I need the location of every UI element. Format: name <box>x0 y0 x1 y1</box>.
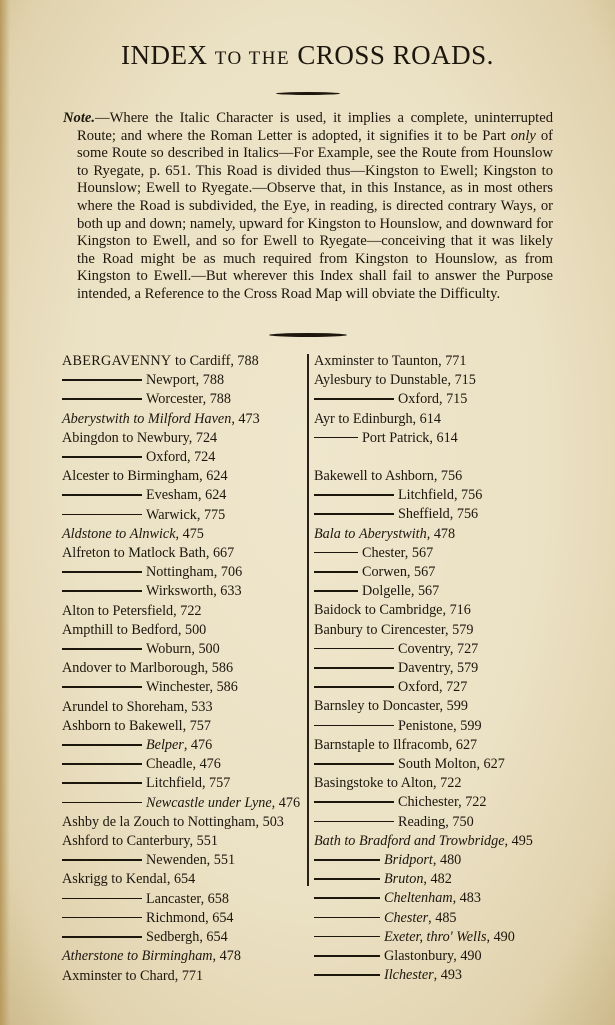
ditto-dash <box>314 859 380 861</box>
index-entry: Sedbergh, 654 <box>62 928 307 947</box>
entry-page-number: 715 <box>455 372 476 388</box>
index-entry: Arundel to Shoreham, 533 <box>62 698 307 717</box>
entry-destination: Ilchester <box>384 967 434 983</box>
title-to-the: TO THE <box>215 48 290 69</box>
entry-destination: Cardiff <box>190 353 231 369</box>
entry-destination: Glastonbury <box>384 948 453 964</box>
index-entry: Port Patrick, 614 <box>314 429 564 448</box>
entry-page-number: 500 <box>198 641 219 657</box>
entry-page-number: 614 <box>420 411 441 427</box>
index-entry: Nottingham, 706 <box>62 563 307 582</box>
ditto-dash <box>314 936 380 938</box>
entry-page-number: 722 <box>180 603 201 619</box>
note-paragraph: Note.—Where the Italic Character is used… <box>63 110 553 304</box>
index-entry: Ayr to Edinburgh, 614 <box>314 410 564 429</box>
ditto-dash <box>62 782 142 784</box>
entry-page-number: 483 <box>460 890 481 906</box>
entry-page-number: 788 <box>210 391 231 407</box>
entry-connector: to <box>368 698 379 714</box>
index-entry: Oxford, 727 <box>314 678 564 697</box>
entry-connector: to <box>117 622 128 638</box>
entry-destination: Chichester <box>398 794 458 810</box>
page-edge-shadow <box>0 0 10 1025</box>
entry-page-number: 586 <box>212 660 233 676</box>
index-entry: Ilchester, 493 <box>314 966 564 985</box>
index-entry: Askrigg to Kendal, 654 <box>62 870 307 889</box>
entry-page-number: 727 <box>457 641 478 657</box>
entry-connector: to <box>173 814 184 830</box>
index-entry: Chester, 485 <box>314 909 564 928</box>
entry-page-number: 658 <box>208 891 229 907</box>
entry-page-number: 503 <box>263 814 284 830</box>
entry-page-number: 624 <box>206 468 227 484</box>
entry-connector: to <box>98 603 109 619</box>
entry-from: Ashby de la Zouch <box>62 814 170 830</box>
entry-page-number: 756 <box>441 468 462 484</box>
note-text-part1: —Where the Italic Character is used, it … <box>77 110 553 144</box>
entry-page-number: 750 <box>452 814 473 830</box>
entry-page-number: 482 <box>431 871 452 887</box>
entry-from: Baidock <box>314 602 361 618</box>
index-entry: Newport, 788 <box>62 371 307 390</box>
entry-from: Ashford <box>62 833 109 849</box>
ditto-dash <box>314 878 380 880</box>
entry-connector: to <box>378 737 389 753</box>
index-column-left: ABERGAVENNY to Cardiff, 788Newport, 788W… <box>62 352 307 986</box>
entry-destination: Exeter, thro' Wells <box>384 929 486 945</box>
ditto-dash <box>314 974 380 976</box>
entry-connector: to <box>127 948 138 964</box>
entry-page-number: 567 <box>412 545 433 561</box>
entry-connector: to <box>125 968 136 984</box>
entry-destination: Kendal <box>126 871 167 887</box>
section-ornament-rule <box>269 333 347 337</box>
entry-destination: Lancaster <box>146 891 201 907</box>
entry-from: ABERGAVENNY <box>62 353 171 369</box>
entry-page-number: 478 <box>220 948 241 964</box>
index-entry: Bruton, 482 <box>314 870 564 889</box>
ditto-dash <box>62 398 142 400</box>
index-entry: Oxford, 715 <box>314 390 564 409</box>
entry-page-number: 724 <box>194 449 215 465</box>
index-entry: Cheltenham, 483 <box>314 889 564 908</box>
entry-destination: Newbury <box>137 430 189 446</box>
entry-destination: Port Patrick <box>362 430 429 446</box>
entry-destination: Litchfield <box>398 487 454 503</box>
ditto-dash <box>62 917 142 919</box>
index-entry: Coventry, 727 <box>314 640 564 659</box>
entry-from: Axminster <box>62 968 122 984</box>
index-entry: Oxford, 724 <box>62 448 307 467</box>
entry-connector: to <box>387 775 398 791</box>
entry-destination: Bridport <box>384 852 433 868</box>
entry-page-number: 788 <box>203 372 224 388</box>
entry-destination: Corwen <box>362 564 407 580</box>
entry-destination: Evesham <box>146 487 198 503</box>
entry-destination: Dunstable <box>390 372 448 388</box>
entry-destination: Milford Haven <box>148 411 231 427</box>
entry-from: Atherstone <box>62 948 123 964</box>
entry-page-number: 633 <box>220 583 241 599</box>
entry-destination: Richmond <box>146 910 205 926</box>
ditto-dash <box>314 571 358 573</box>
entry-page-number: 727 <box>446 679 467 695</box>
entry-destination: Birmingham <box>127 468 199 484</box>
entry-page-number: 756 <box>461 487 482 503</box>
entry-connector: to <box>175 353 186 369</box>
entry-page-number: 567 <box>418 583 439 599</box>
entry-from: Alton <box>62 603 94 619</box>
entry-destination: Canterbury <box>127 833 190 849</box>
index-entry: Wirksworth, 633 <box>62 582 307 601</box>
index-entry: Bala to Aberystwith, 478 <box>314 525 564 544</box>
index-entry: Daventry, 579 <box>314 659 564 678</box>
entry-page-number: 771 <box>182 968 203 984</box>
entry-page-number: 757 <box>190 718 211 734</box>
entry-destination: Nottingham <box>146 564 214 580</box>
index-entry: Chester, 567 <box>314 544 564 563</box>
index-entry: Lancaster, 658 <box>62 890 307 909</box>
entry-destination: Taunton <box>392 353 438 369</box>
index-entry: Chichester, 722 <box>314 793 564 812</box>
entry-from: Alcester <box>62 468 109 484</box>
index-entry: Reading, 750 <box>314 813 564 832</box>
ditto-dash <box>314 648 394 650</box>
entry-page-number: 551 <box>214 852 235 868</box>
entry-connector: to <box>344 526 355 542</box>
ditto-dash <box>62 859 142 861</box>
entry-destination: Sedbergh <box>146 929 199 945</box>
entry-destination: Matlock Bath <box>128 545 206 561</box>
index-entry: Basingstoke to Alton, 722 <box>314 774 564 793</box>
entry-connector: to <box>114 545 125 561</box>
index-entry: Dolgelle, 567 <box>314 582 564 601</box>
ditto-dash <box>314 763 394 765</box>
entry-page-number: 567 <box>414 564 435 580</box>
entry-from: Bakewell <box>314 468 368 484</box>
entry-destination: Newport <box>146 372 196 388</box>
entry-page-number: 490 <box>494 929 515 945</box>
index-entry: Axminster to Chard, 771 <box>62 967 307 986</box>
entry-page-number: 654 <box>174 871 195 887</box>
index-entry: Axminster to Taunton, 771 <box>314 352 564 371</box>
entry-destination: Nottingham <box>188 814 256 830</box>
index-entry: Cheadle, 476 <box>62 755 307 774</box>
ditto-dash <box>62 936 142 938</box>
index-entry: Ampthill to Bedford, 500 <box>62 621 307 640</box>
entry-destination: Wirksworth <box>146 583 213 599</box>
entry-destination: Oxford <box>146 449 187 465</box>
entry-connector: to <box>344 833 355 849</box>
entry-destination: Worcester <box>146 391 203 407</box>
entry-destination: Warwick <box>146 507 197 523</box>
index-entry: Aylesbury to Dunstable, 715 <box>314 371 564 390</box>
entry-page-number: 478 <box>434 526 455 542</box>
index-entry: Barnsley to Doncaster, 599 <box>314 697 564 716</box>
ditto-dash <box>62 763 142 765</box>
entry-destination: Shoreham <box>127 699 185 715</box>
entry-destination: Marlborough <box>130 660 205 676</box>
index-entry: Aberystwith to Milford Haven, 473 <box>62 410 307 429</box>
index-entry: Abingdon to Newbury, 724 <box>62 429 307 448</box>
index-entry: Richmond, 654 <box>62 909 307 928</box>
entry-page-number: 715 <box>446 391 467 407</box>
entry-from: Banbury <box>314 622 363 638</box>
ditto-dash <box>62 379 142 381</box>
entry-page-number: 722 <box>465 794 486 810</box>
entry-connector: to <box>122 430 133 446</box>
entry-page-number: 771 <box>445 353 466 369</box>
index-entry: Banbury to Cirencester, 579 <box>314 621 564 640</box>
ditto-dash <box>314 917 380 919</box>
index-entry: Litchfield, 756 <box>314 486 564 505</box>
ditto-dash <box>62 571 142 573</box>
ditto-dash <box>314 398 394 400</box>
ditto-dash <box>62 744 142 746</box>
entry-page-number: 533 <box>191 699 212 715</box>
ditto-dash <box>62 898 142 900</box>
index-entry: Bath to Bradford and Trowbridge, 495 <box>314 832 564 851</box>
entry-page-number: 476 <box>279 795 300 811</box>
entry-destination: Newenden <box>146 852 207 868</box>
entry-destination: Coventry <box>398 641 450 657</box>
entry-page-number: 624 <box>205 487 226 503</box>
entry-from: Aberystwith <box>62 411 130 427</box>
index-entry: Ashford to Canterbury, 551 <box>62 832 307 851</box>
index-entry: Sheffield, 756 <box>314 505 564 524</box>
entry-page-number: 757 <box>209 775 230 791</box>
entry-connector: to <box>371 468 382 484</box>
entry-destination: Bradford and Trowbridge <box>359 833 505 849</box>
entry-from: Aldstone <box>62 526 112 542</box>
entry-destination: Daventry <box>398 660 450 676</box>
ditto-dash <box>62 494 142 496</box>
index-entry: Bridport, 480 <box>314 851 564 870</box>
entry-connector: to <box>365 602 376 618</box>
index-entry: Belper, 476 <box>62 736 307 755</box>
entry-page-number: 476 <box>191 737 212 753</box>
entry-from: Aylesbury <box>314 372 372 388</box>
ditto-dash <box>62 686 142 688</box>
entry-destination: Penistone <box>398 718 453 734</box>
note-text-only: only <box>511 128 536 144</box>
entry-connector: to <box>366 622 377 638</box>
index-entry: Barnstaple to Ilfracomb, 627 <box>314 736 564 755</box>
entry-destination: Chester <box>362 545 405 561</box>
entry-connector: to <box>112 699 123 715</box>
title-cross-roads: CROSS ROADS. <box>297 40 494 70</box>
index-entry: Newcastle under Lyne, 476 <box>62 794 307 813</box>
entry-destination: Newcastle under Lyne <box>146 795 272 811</box>
index-entry: Atherstone to Birmingham, 478 <box>62 947 307 966</box>
index-entry: Warwick, 775 <box>62 506 307 525</box>
entry-destination: Belper <box>146 737 184 753</box>
entry-connector: to <box>133 411 144 427</box>
entry-page-number: 480 <box>440 852 461 868</box>
entry-destination: Litchfield <box>146 775 202 791</box>
ditto-dash <box>314 667 394 669</box>
entry-from: Barnstaple <box>314 737 375 753</box>
entry-page-number: 579 <box>452 622 473 638</box>
entry-destination: Edinburgh <box>353 411 413 427</box>
index-entry: Winchester, 586 <box>62 678 307 697</box>
ditto-dash <box>314 437 358 439</box>
entry-destination: Sheffield <box>398 506 450 522</box>
entry-from: Andover <box>62 660 112 676</box>
ditto-dash <box>62 590 142 592</box>
ditto-dash <box>62 514 142 516</box>
entry-destination: Alton <box>401 775 433 791</box>
index-entry: Exeter, thro' Wells, 490 <box>314 928 564 947</box>
entry-from: Abingdon <box>62 430 119 446</box>
entry-connector: to <box>111 871 122 887</box>
index-entry: Litchfield, 757 <box>62 774 307 793</box>
entry-destination: Dolgelle <box>362 583 411 599</box>
index-entry: Andover to Marlborough, 586 <box>62 659 307 678</box>
index-entry: Aldstone to Alnwick, 475 <box>62 525 307 544</box>
entry-destination: Winchester <box>146 679 209 695</box>
ditto-dash <box>314 513 394 515</box>
entry-page-number: 495 <box>512 833 533 849</box>
entry-from: Basingstoke <box>314 775 383 791</box>
entry-connector: to <box>114 718 125 734</box>
entry-page-number: 599 <box>460 718 481 734</box>
entry-page-number: 654 <box>212 910 233 926</box>
entry-page-number: 614 <box>436 430 457 446</box>
index-entry: Woburn, 500 <box>62 640 307 659</box>
entry-from: Alfreton <box>62 545 110 561</box>
ditto-dash <box>314 494 394 496</box>
title-index: INDEX <box>121 40 207 70</box>
column-divider <box>307 354 309 886</box>
index-entry: Newenden, 551 <box>62 851 307 870</box>
entry-destination: South Molton <box>398 756 476 772</box>
note-text-part2: of some Route so described in Italics—Fo… <box>77 128 553 302</box>
ditto-dash <box>314 897 380 899</box>
entry-page-number: 500 <box>185 622 206 638</box>
entry-page-number: 473 <box>238 411 259 427</box>
entry-page-number: 627 <box>484 756 505 772</box>
entry-page-number: 654 <box>206 929 227 945</box>
entry-page-number: 722 <box>440 775 461 791</box>
entry-destination: Cambridge <box>379 602 442 618</box>
entry-page-number: 586 <box>217 679 238 695</box>
ditto-dash <box>314 552 358 554</box>
index-entry: Baidock to Cambridge, 716 <box>314 601 564 620</box>
entry-page-number: 756 <box>457 506 478 522</box>
entry-from: Askrigg <box>62 871 108 887</box>
index-entry: Alton to Petersfield, 722 <box>62 602 307 621</box>
entry-from: Ashborn <box>62 718 111 734</box>
book-page: INDEX TO THE CROSS ROADS. Note.—Where th… <box>0 0 615 1025</box>
ditto-dash <box>314 725 394 727</box>
title-ornament-rule <box>276 92 340 95</box>
entry-page-number: 579 <box>457 660 478 676</box>
entry-destination: Ilfracomb <box>393 737 449 753</box>
page-title: INDEX TO THE CROSS ROADS. <box>0 40 615 74</box>
ditto-dash <box>314 821 394 823</box>
entry-from: Bala <box>314 526 341 542</box>
entry-connector: to <box>115 526 126 542</box>
entry-destination: Birmingham <box>142 948 213 964</box>
entry-page-number: 724 <box>196 430 217 446</box>
index-entry: Ashborn to Bakewell, 757 <box>62 717 307 736</box>
ditto-dash <box>314 686 394 688</box>
ditto-dash <box>314 955 380 957</box>
index-column-right: Axminster to Taunton, 771Aylesbury to Du… <box>314 352 564 986</box>
entry-destination: Cirencester <box>381 622 445 638</box>
index-entry: Corwen, 567 <box>314 563 564 582</box>
index-entry: Evesham, 624 <box>62 486 307 505</box>
entry-page-number: 599 <box>447 698 468 714</box>
entry-connector: to <box>115 660 126 676</box>
entry-destination: Oxford <box>398 679 439 695</box>
entry-page-number: 475 <box>183 526 204 542</box>
entry-page-number: 716 <box>450 602 471 618</box>
entry-connector: to <box>375 372 386 388</box>
entry-destination: Doncaster <box>383 698 440 714</box>
entry-destination: Reading <box>398 814 445 830</box>
ditto-dash <box>62 802 142 804</box>
index-entry: Glastonbury, 490 <box>314 947 564 966</box>
entry-connector: to <box>377 353 388 369</box>
entry-destination: Chester <box>384 910 428 926</box>
entry-connector: to <box>338 411 349 427</box>
index-entry: ABERGAVENNY to Cardiff, 788 <box>62 352 307 371</box>
entry-from: Bath <box>314 833 341 849</box>
entry-from: Barnsley <box>314 698 364 714</box>
entry-page-number: 775 <box>204 507 225 523</box>
entry-page-number: 485 <box>435 910 456 926</box>
entry-from: Ampthill <box>62 622 113 638</box>
entry-connector: to <box>112 833 123 849</box>
entry-page-number: 476 <box>200 756 221 772</box>
index-entry: South Molton, 627 <box>314 755 564 774</box>
entry-destination: Woburn <box>146 641 191 657</box>
entry-destination: Alnwick <box>130 526 176 542</box>
entry-destination: Petersfield <box>112 603 173 619</box>
index-entry: Bakewell to Ashborn, 756 <box>314 467 564 486</box>
index-entry: Worcester, 788 <box>62 390 307 409</box>
index-entry: Penistone, 599 <box>314 717 564 736</box>
index-entry: Alcester to Birmingham, 624 <box>62 467 307 486</box>
entry-destination: Chard <box>140 968 175 984</box>
entry-page-number: 627 <box>456 737 477 753</box>
ditto-dash <box>62 456 142 458</box>
ditto-dash <box>62 648 142 650</box>
entry-page-number: 706 <box>221 564 242 580</box>
entry-destination: Bruton <box>384 871 423 887</box>
ditto-dash <box>314 801 394 803</box>
entry-page-number: 493 <box>441 967 462 983</box>
entry-page-number: 551 <box>197 833 218 849</box>
index-entry: Alfreton to Matlock Bath, 667 <box>62 544 307 563</box>
entry-from: Axminster <box>314 353 374 369</box>
entry-destination: Bakewell <box>129 718 183 734</box>
entry-destination: Ashborn <box>385 468 434 484</box>
index-entry: Ashby de la Zouch to Nottingham, 503 <box>62 813 307 832</box>
entry-from: Ayr <box>314 411 335 427</box>
entry-page-number: 667 <box>213 545 234 561</box>
entry-destination: Bedford <box>131 622 178 638</box>
entry-from: Arundel <box>62 699 109 715</box>
note-label: Note. <box>63 110 95 126</box>
entry-destination: Aberystwith <box>359 526 427 542</box>
entry-destination: Oxford <box>398 391 439 407</box>
entry-destination: Cheadle <box>146 756 192 772</box>
entry-page-number: 788 <box>237 353 258 369</box>
entry-page-number: 490 <box>460 948 481 964</box>
